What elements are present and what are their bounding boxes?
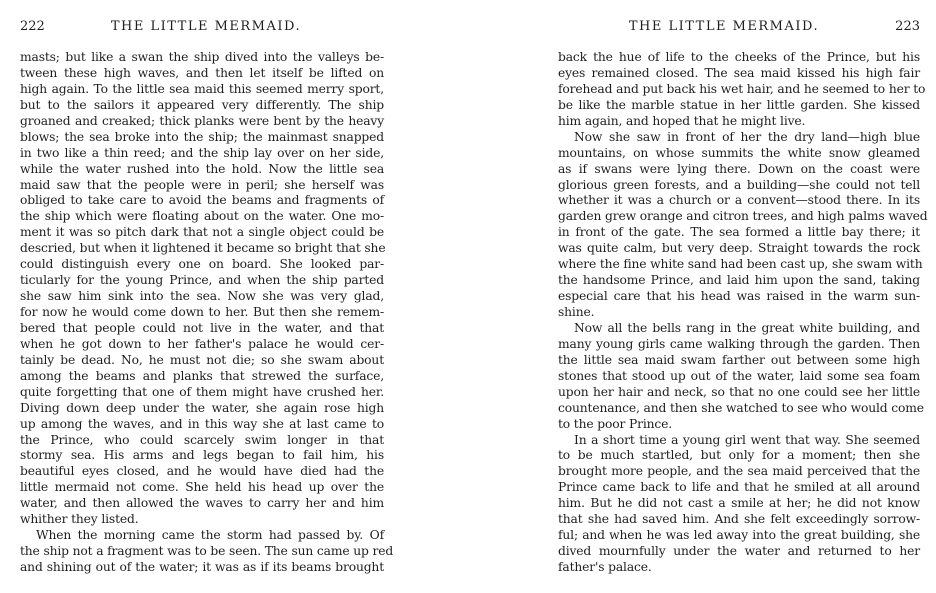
text-line: forehead and put back his wet hair, and … — [558, 82, 920, 98]
text-line: that she had saved him. And she felt exc… — [558, 512, 920, 528]
text-line: blows; the sea broke into the ship; the … — [20, 130, 384, 146]
text-line: be like the marble statue in her little … — [558, 98, 920, 114]
running-title: THE LITTLE MERMAID. — [20, 18, 384, 36]
text-line: Diving down deep under the water, she ag… — [20, 401, 384, 417]
page-number: 223 — [895, 18, 920, 36]
text-line: maid saw that the people were in peril; … — [20, 178, 384, 194]
text-line: to the poor Prince. — [558, 417, 920, 433]
text-line: shine. — [558, 305, 920, 321]
text-line: in two like a thin reed; and the ship la… — [20, 146, 384, 162]
body-text: back the hue of life to the cheeks of th… — [558, 50, 920, 576]
text-line: ticularly for the young Prince, and when… — [20, 273, 384, 289]
text-line: Prince came back to life and that he smi… — [558, 480, 920, 496]
text-line: the Prince, who could scarcely swim long… — [20, 433, 384, 449]
text-line: the ship which were floating about on th… — [20, 209, 384, 225]
left-page: 222 THE LITTLE MERMAID. masts; but like … — [20, 0, 384, 593]
text-line: high again. To the little sea maid this … — [20, 82, 384, 98]
text-line: but to the sailors it appeared very diff… — [20, 98, 384, 114]
text-line: she saw him sink into the sea. Now she w… — [20, 289, 384, 305]
text-line: masts; but like a swan the ship dived in… — [20, 50, 384, 66]
text-line: stormy sea. His arms and legs began to f… — [20, 448, 384, 464]
text-line: where the fine white sand had been cast … — [558, 257, 920, 273]
text-line: up among the waves, and in this way she … — [20, 417, 384, 433]
text-line: while the water rushed into the hold. No… — [20, 162, 384, 178]
text-line: father's palace. — [558, 560, 920, 576]
text-line: among the beams and planks that strewed … — [20, 369, 384, 385]
text-line: bered that people could not live in the … — [20, 321, 384, 337]
text-line: to be much startled, but only for a mome… — [558, 448, 920, 464]
text-line: him again, and hoped that he might live. — [558, 114, 920, 130]
text-line: mountains, on whose summits the white sn… — [558, 146, 920, 162]
text-line: countenance, and then she watched to see… — [558, 401, 920, 417]
text-line: especial care that his head was raised i… — [558, 289, 920, 305]
text-line: garden grew orange and citron trees, and… — [558, 209, 920, 225]
text-line: descried, but when it lightened it becam… — [20, 241, 384, 257]
paragraph-start-line: Now she saw in front of her the dry land… — [558, 130, 920, 146]
text-line: tainly be dead. No, he must not die; so … — [20, 353, 384, 369]
text-line: eyes remained closed. The sea maid kisse… — [558, 66, 920, 82]
text-line: dived mournfully under the water and ret… — [558, 544, 920, 560]
text-line: tween these high waves, and then let its… — [20, 66, 384, 82]
running-title: THE LITTLE MERMAID. — [558, 18, 920, 36]
right-page: THE LITTLE MERMAID. 223 back the hue of … — [558, 0, 920, 593]
text-line: back the hue of life to the cheeks of th… — [558, 50, 920, 66]
text-line: water, and then allowed the waves to car… — [20, 496, 384, 512]
text-line: groaned and creaked; thick planks were b… — [20, 114, 384, 130]
text-line: glorious green forests, and a building—s… — [558, 178, 920, 194]
text-line: many young girls came walking through th… — [558, 337, 920, 353]
text-line: whither they listed. — [20, 512, 384, 528]
text-line: ful; and when he was led away into the g… — [558, 528, 920, 544]
text-line: the little sea maid swam farther out bet… — [558, 353, 920, 369]
text-line: and shining out of the water; it was as … — [20, 560, 384, 576]
paragraph-start-line: In a short time a young girl went that w… — [558, 433, 920, 449]
text-line: brought more people, and the sea maid pe… — [558, 464, 920, 480]
body-text: masts; but like a swan the ship dived in… — [20, 50, 384, 576]
text-line: for now he would come down to her. But t… — [20, 305, 384, 321]
text-line: upon her hair and neck, so that no one c… — [558, 385, 920, 401]
text-line: could distinguish every one on board. Sh… — [20, 257, 384, 273]
text-line: was quite calm, but very deep. Straight … — [558, 241, 920, 257]
text-line: him. But he did not cast a smile at her;… — [558, 496, 920, 512]
text-line: beautiful eyes closed, and he would have… — [20, 464, 384, 480]
text-line: stones that stood up out of the water, l… — [558, 369, 920, 385]
text-line: the handsome Prince, and laid him upon t… — [558, 273, 920, 289]
text-line: ment it was so pitch dark that not a sin… — [20, 225, 384, 241]
text-line: obliged to take care to avoid the beams … — [20, 193, 384, 209]
text-line: whether it was a church or a convent—sto… — [558, 193, 920, 209]
text-line: when he got down to her father's palace … — [20, 337, 384, 353]
running-head: THE LITTLE MERMAID. 223 — [558, 18, 920, 36]
text-line: quite forgetting that one of them might … — [20, 385, 384, 401]
text-line: as if swans were lying there. Down on th… — [558, 162, 920, 178]
paragraph-start-line: When the morning came the storm had pass… — [20, 528, 384, 544]
text-line: in front of the gate. The sea formed a l… — [558, 225, 920, 241]
text-line: little mermaid not come. She held his he… — [20, 480, 384, 496]
paragraph-start-line: Now all the bells rang in the great whit… — [558, 321, 920, 337]
running-head: 222 THE LITTLE MERMAID. — [20, 18, 384, 36]
text-line: the ship not a fragment was to be seen. … — [20, 544, 384, 560]
